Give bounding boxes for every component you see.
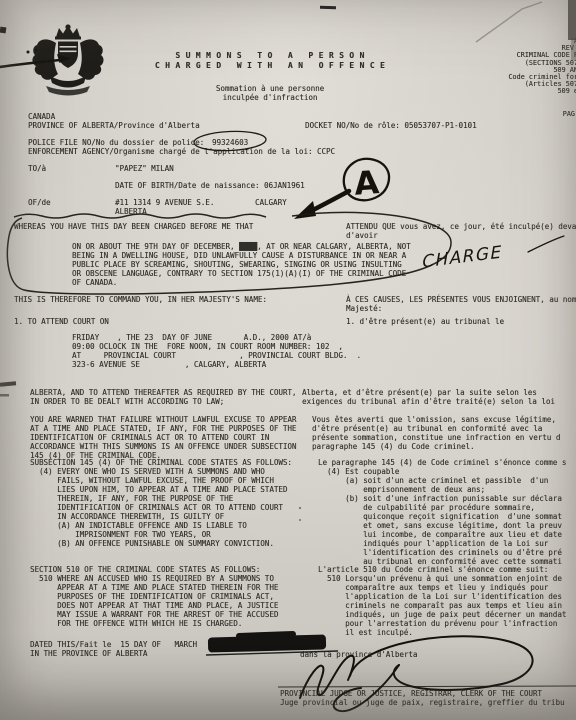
failure-warning-en: YOU ARE WARNED THAT FAILURE WITHOUT LAWF… (30, 415, 296, 460)
section-510-text-en: SECTION 510 OF THE CRIMINAL CODE STATES … (30, 565, 278, 628)
attend-court-label-fr: 1. d'être présent(e) au tribunal le (346, 317, 504, 326)
attend-thereafter-en: ALBERTA, AND TO ATTEND THEREAFTER AS REQ… (30, 388, 296, 406)
country-label: CANADA (28, 112, 55, 121)
charge-paragraph: ON OR ABOUT THE 9TH DAY OF DECEMBER, ███… (72, 242, 411, 287)
accused-address-city: CALGARY (255, 198, 287, 207)
coat-of-arms-stamp (27, 20, 109, 108)
province-line: PROVINCE OF ALBERTA/Province d'Alberta (28, 121, 200, 130)
whereas-clause-fr: ATTENDU QUE vous avez, ce jour, été incu… (346, 222, 576, 240)
page-label: PAG: (563, 111, 576, 118)
form-number-corner-block: Al REV ( CRIMINAL CODE F( (SECTIONS 507,… (508, 38, 576, 96)
summons-document-page: S U M M O N S T O A P E R S O N C H A R … (0, 0, 576, 720)
court-appearance-details: FRIDAY , THE 23 DAY OF JUNE A.D., 2000 A… (72, 333, 361, 369)
enforcement-agency-line: ENFORCEMENT AGENCY/Organisme chargé de l… (28, 147, 335, 156)
of-label: OF/de (28, 198, 51, 207)
attend-thereafter-fr: Alberta, et d'être présent(e) par la sui… (302, 388, 555, 406)
circled-a-annotation: A (344, 159, 389, 203)
svg-text:CHARGE: CHARGE (422, 242, 503, 272)
accused-name: "PAPEZ" MILAN (115, 164, 174, 173)
police-file-label: POLICE FILE NO/No du dossier de police: (28, 138, 204, 147)
form-subtitle-fr-line1: Sommation à une personne (130, 84, 410, 93)
command-clause-fr: À CES CAUSES, LES PRÉSENTES VOUS ENJOIGN… (346, 295, 576, 313)
dans-province-line: dans la province d'Alberta (300, 650, 417, 659)
arrow-annotation (294, 191, 349, 219)
attend-court-label-en: 1. TO ATTEND COURT ON (14, 317, 109, 326)
section-510-text-fr: L'article 510 du Code criminel s'énonce … (318, 565, 566, 637)
whereas-clause-en: WHEREAS YOU HAVE THIS DAY BEEN CHARGED B… (14, 222, 253, 231)
birth-date-line: DATE OF BIRTH/Date de naissance: 06JAN19… (115, 181, 305, 190)
failure-warning-fr: Vous êtes averti que l'omission, sans ex… (312, 415, 560, 451)
dated-line: DATED THIS/Fait le 15 DAY OF MARCH IN TH… (30, 640, 197, 658)
form-title-line1: S U M M O N S T O A P E R S O N (130, 51, 410, 61)
subsection-145-text-en: SUBSECTION 145 (4) OF THE CRIMINAL CODE … (30, 458, 292, 548)
subsection-145-text-fr: Le paragraphe 145 (4) de Code criminel s… (318, 458, 566, 566)
judge-signature-caption: PROVINCIAL JUDGE OR JUSTICE, REGISTRAR, … (280, 689, 564, 707)
charge-handwriting-annotation: CHARGE (422, 236, 564, 272)
accused-address-line1: #11 1314 9 AVENUE S.E. (115, 198, 214, 207)
command-clause-en: THIS IS THEREFORE TO COMMAND YOU, IN HER… (14, 295, 267, 304)
svg-text:A: A (353, 163, 381, 203)
docket-number-line: DOCKET NO/No de rôle: 05053707-P1-0101 (305, 121, 477, 130)
signature-rule (278, 686, 576, 687)
form-title-line2: C H A R G E D W I T H A N O F F E N C E (130, 61, 410, 71)
accused-address-line2: ALBERTA (115, 207, 147, 216)
form-subtitle-fr-line2: inculpée d'infraction (130, 93, 410, 102)
police-file-number: 99324603 (212, 138, 248, 147)
to-label: TO/à (28, 164, 46, 173)
